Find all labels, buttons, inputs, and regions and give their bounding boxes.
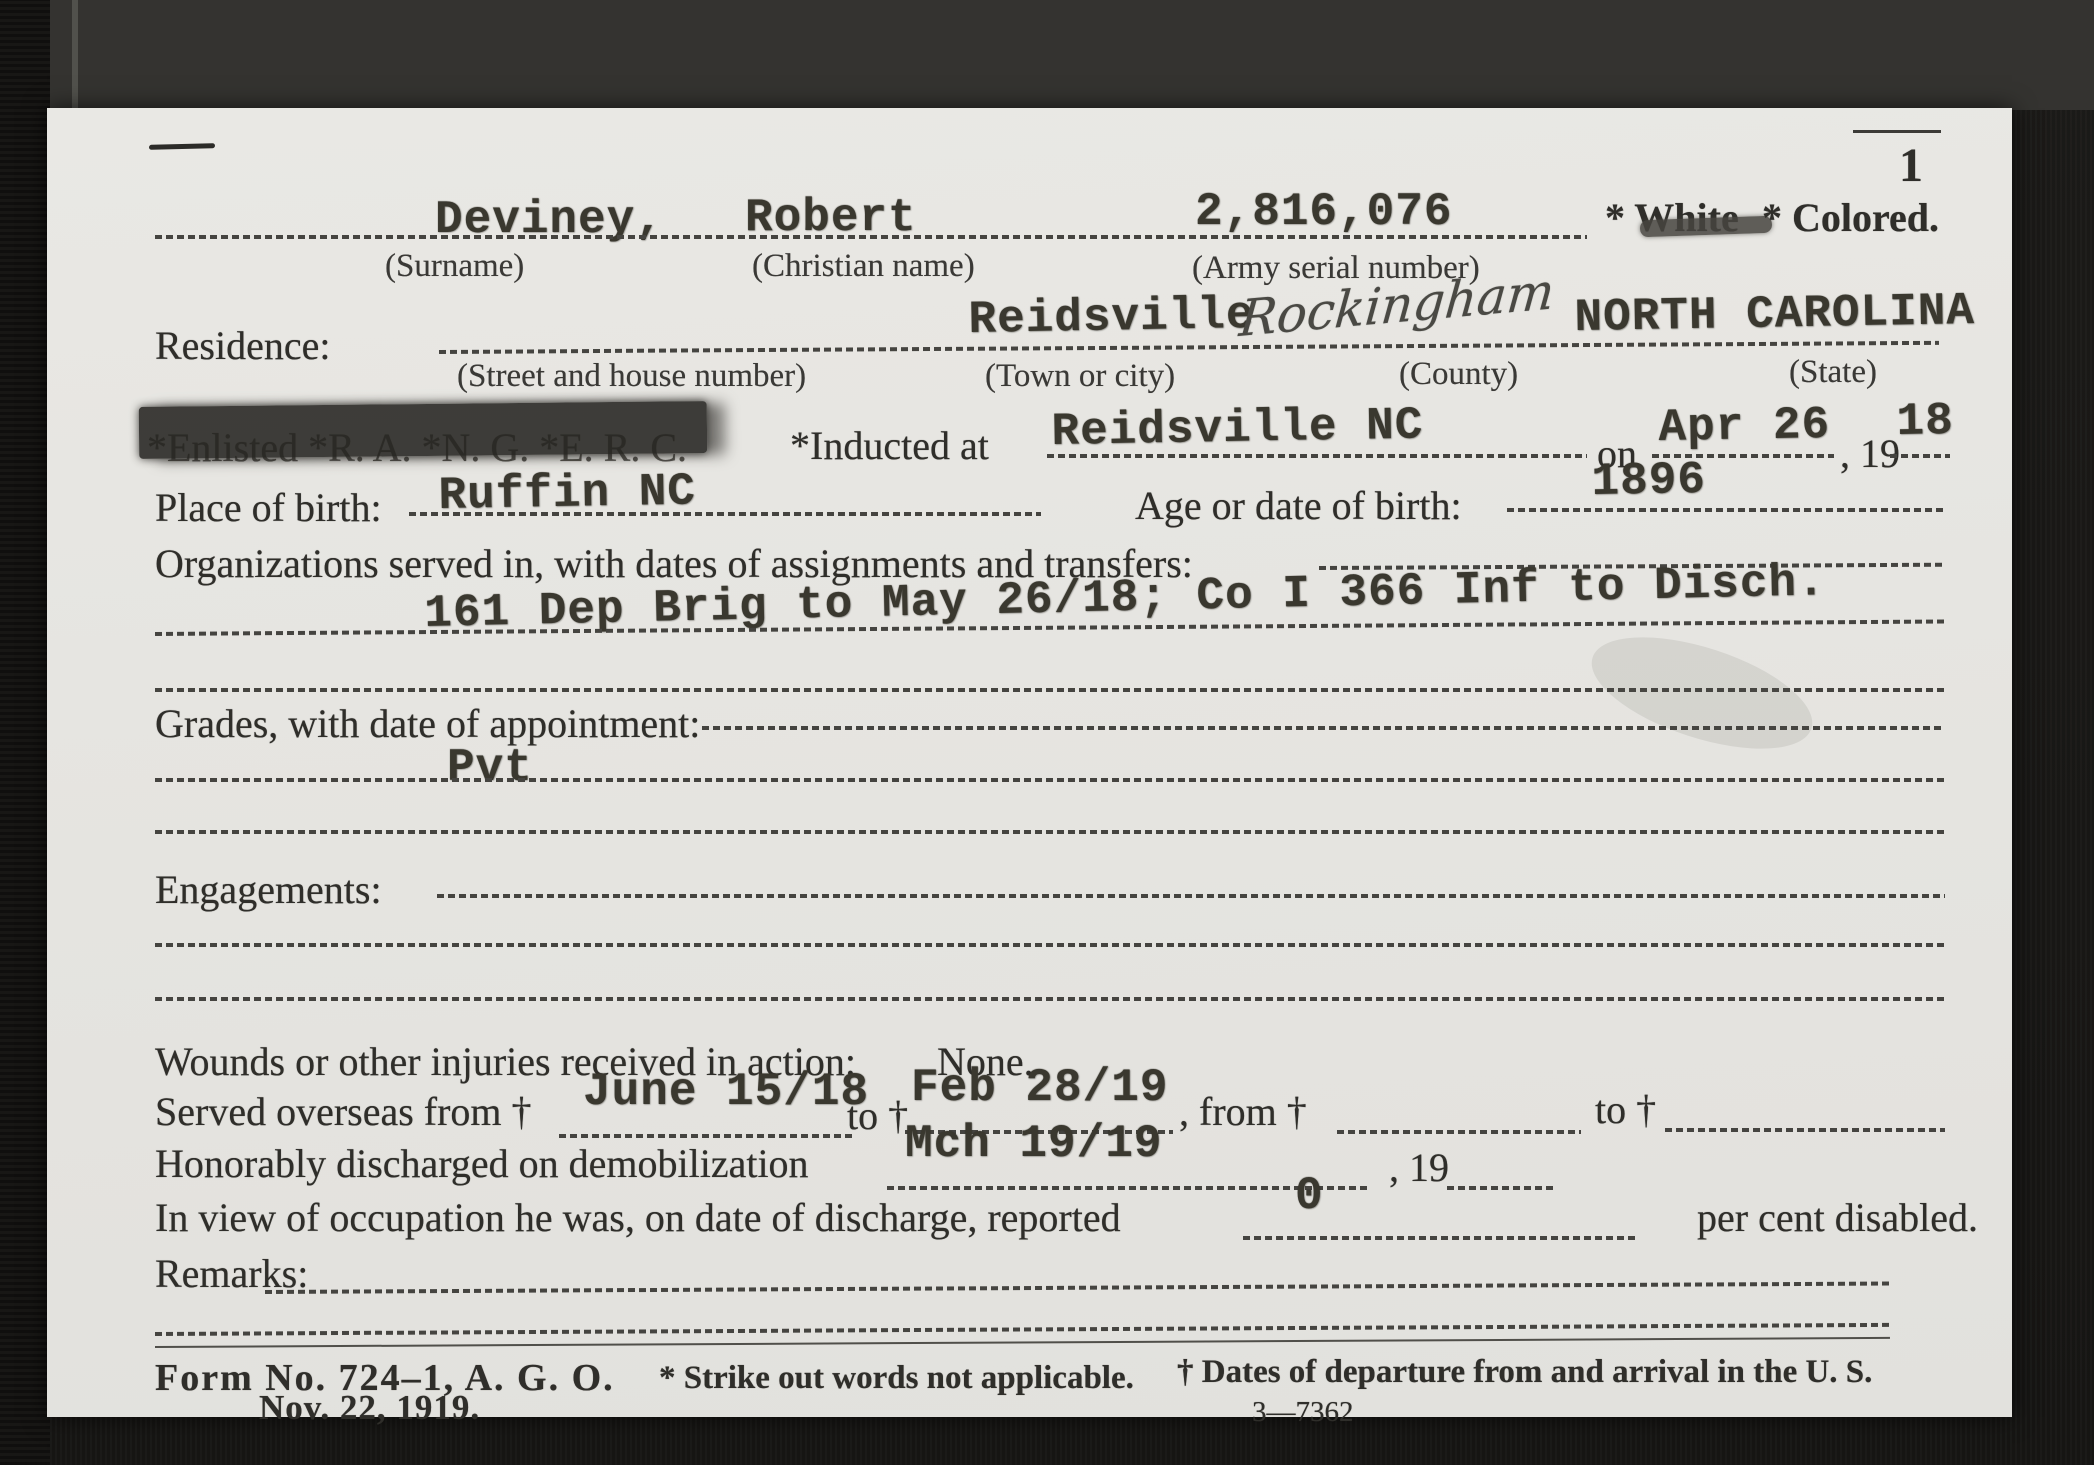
engagements-line xyxy=(437,894,1945,898)
page-number-overline xyxy=(1853,130,1941,133)
overseas-from1-value: June 15/18 xyxy=(583,1066,869,1118)
inducted-at-label: *Inducted at xyxy=(790,422,989,469)
overseas-from2-line xyxy=(1337,1130,1581,1134)
town-label: (Town or city) xyxy=(985,358,1175,395)
scan-background-top xyxy=(0,0,2094,110)
surname-label: (Surname) xyxy=(385,248,524,285)
print-code: 3—7362 xyxy=(1252,1396,1354,1429)
county-label: (County) xyxy=(1399,356,1518,393)
overseas-label: Served overseas from † xyxy=(155,1088,532,1135)
age-label: Age or date of birth: xyxy=(1135,482,1462,529)
serial-number-value: 2,816,076 xyxy=(1195,186,1452,238)
redaction-bar xyxy=(139,401,708,459)
residence-line xyxy=(439,341,1939,354)
induction-year-value: 18 xyxy=(1896,395,1954,448)
discharge-year-label: , 19 xyxy=(1389,1144,1449,1191)
blank-line-2 xyxy=(155,830,1945,834)
strike-through-mark xyxy=(1640,216,1773,238)
remarks-line xyxy=(265,1281,1890,1294)
disability-value: 0 xyxy=(1295,1170,1324,1222)
strike-out-note: * Strike out words not applicable. xyxy=(659,1360,1134,1397)
overseas-from2-label: , from † xyxy=(1179,1088,1307,1135)
residence-town-value: Reidsville xyxy=(968,289,1255,346)
blank-line-3 xyxy=(155,943,1945,947)
blank-line-5 xyxy=(155,1323,1890,1336)
state-label: (State) xyxy=(1789,354,1877,391)
discharge-year-line xyxy=(1447,1186,1557,1190)
page-number: 1 xyxy=(1899,138,1923,193)
service-record-card: 1 Deviney, Robert 2,816,076 * White * Co… xyxy=(47,108,2012,1417)
pencil-smudge xyxy=(1579,615,1826,772)
induction-place-value: Reidsville NC xyxy=(1051,400,1424,458)
book-binding-seam xyxy=(72,0,78,112)
discharge-date-value: Mch 19/19 xyxy=(905,1118,1162,1170)
age-line xyxy=(1507,508,1945,512)
footer-rule xyxy=(155,1337,1890,1348)
residence-state-value: NORTH CAROLINA xyxy=(1574,285,1975,344)
scan-background-left-edge xyxy=(0,0,50,1465)
overseas-to1-label: to † xyxy=(847,1092,908,1139)
disability-suffix: per cent disabled. xyxy=(1697,1194,1978,1241)
place-of-birth-label: Place of birth: xyxy=(155,484,382,531)
induction-date-value: Apr 26 xyxy=(1658,399,1831,454)
overseas-to2-line xyxy=(1665,1128,1945,1132)
disability-label: In view of occupation he was, on date of… xyxy=(155,1194,1121,1241)
residence-label: Residence: xyxy=(155,322,331,369)
overseas-to2-label: to † xyxy=(1595,1086,1656,1133)
race-colored-option: * Colored. xyxy=(1762,194,1939,241)
blank-line-4 xyxy=(155,997,1945,1001)
induction-year-line xyxy=(1890,454,1950,458)
name-row-line xyxy=(155,235,1587,239)
discharge-label: Honorably discharged on demobilization xyxy=(155,1140,809,1187)
street-label: (Street and house number) xyxy=(457,358,806,395)
overseas-from1-line xyxy=(559,1134,855,1138)
grades-label-line xyxy=(702,726,1945,730)
age-value: 1896 xyxy=(1591,454,1706,508)
form-date: Nov. 22, 1919. xyxy=(259,1388,480,1428)
grade-value: Pvt xyxy=(447,742,533,794)
disability-line xyxy=(1243,1236,1635,1240)
engagements-label: Engagements: xyxy=(155,866,382,913)
dagger-note: † Dates of departure from and arrival in… xyxy=(1177,1354,1872,1391)
christian-name-label: (Christian name) xyxy=(752,248,975,285)
grades-label: Grades, with date of appointment: xyxy=(155,700,700,747)
grades-value-line xyxy=(155,778,1945,782)
scanned-document-page: 1 Deviney, Robert 2,816,076 * White * Co… xyxy=(0,0,2094,1465)
overseas-to1-value: Feb 28/19 xyxy=(911,1062,1168,1114)
place-of-birth-line xyxy=(409,512,1041,516)
pen-dash-mark xyxy=(149,143,215,150)
